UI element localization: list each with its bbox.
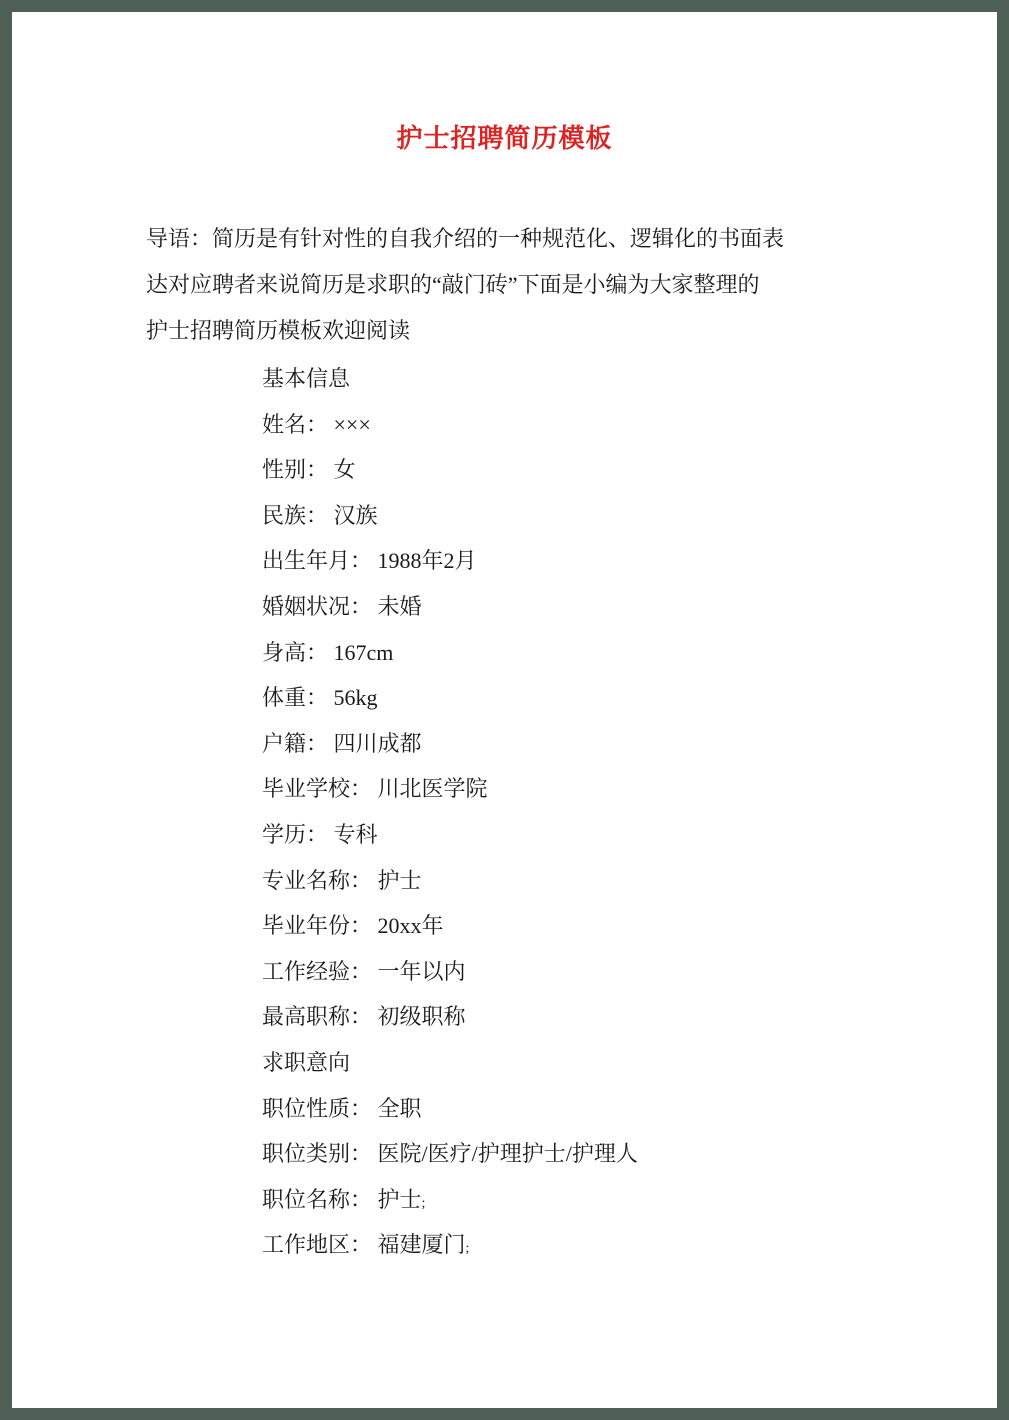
resume-field-text: 毕业年份： 20xx年 (262, 913, 444, 938)
resume-field-text: 职位类别： 医院/医疗/护理护士/护理人 (262, 1141, 638, 1166)
resume-field-text: 婚姻状况： 未婚 (262, 594, 422, 619)
resume-field-line: 婚姻状况： 未婚 (262, 584, 997, 630)
resume-field-line: 毕业年份： 20xx年 (262, 903, 997, 949)
resume-field-line: 学历： 专科 (262, 812, 997, 858)
resume-field-line: 职位类别： 医院/医疗/护理护士/护理人 (262, 1131, 997, 1177)
resume-field-text: 工作地区： 福建厦门 (262, 1232, 466, 1257)
resume-field-text: 体重： 56kg (262, 685, 378, 710)
resume-field-text: 最高职称： 初级职称 (262, 1004, 466, 1029)
resume-field-text: 出生年月： 1988年2月 (262, 548, 477, 573)
intro-line: 导语：简历是有针对性的自我介绍的一种规范化、逻辑化的书面表 (146, 216, 847, 262)
resume-field-text: 专业名称： 护士 (262, 868, 422, 893)
resume-field-line: 身高： 167cm (262, 630, 997, 676)
resume-field-suffix: ; (466, 1241, 470, 1256)
resume-field-line: 工作经验： 一年以内 (262, 949, 997, 995)
resume-field-line: 户籍： 四川成都 (262, 721, 997, 767)
resume-field-text: 性别： 女 (262, 457, 356, 482)
resume-field-suffix: ; (422, 1196, 426, 1211)
resume-field-line: 工作地区： 福建厦门; (262, 1222, 997, 1268)
resume-field-text: 职位性质： 全职 (262, 1096, 422, 1121)
resume-field-line: 职位名称： 护士; (262, 1177, 997, 1223)
resume-field-text: 求职意向 (262, 1050, 350, 1075)
page-border: 护士招聘简历模板 导语：简历是有针对性的自我介绍的一种规范化、逻辑化的书面表 达… (0, 0, 1009, 1420)
resume-field-text: 职位名称： 护士 (262, 1187, 422, 1212)
document-page: 护士招聘简历模板 导语：简历是有针对性的自我介绍的一种规范化、逻辑化的书面表 达… (12, 12, 997, 1408)
resume-field-text: 身高： 167cm (262, 640, 393, 665)
resume-field-line: 基本信息 (262, 356, 997, 402)
resume-fields: 基本信息 姓名： ××× 性别： 女 民族： 汉族 出生年月： 1988年2月 (262, 356, 997, 1268)
resume-field-text: 户籍： 四川成都 (262, 731, 422, 756)
resume-field-line: 求职意向 (262, 1040, 997, 1086)
resume-field-line: 体重： 56kg (262, 675, 997, 721)
resume-field-text: 工作经验： 一年以内 (262, 959, 466, 984)
resume-field-line: 专业名称： 护士 (262, 858, 997, 904)
intro-line: 达对应聘者来说简历是求职的“敲门砖”下面是小编为大家整理的 (146, 262, 847, 308)
resume-field-line: 最高职称： 初级职称 (262, 994, 997, 1040)
resume-field-line: 性别： 女 (262, 447, 997, 493)
resume-field-line: 职位性质： 全职 (262, 1086, 997, 1132)
resume-field-line: 民族： 汉族 (262, 493, 997, 539)
resume-field-line: 姓名： ××× (262, 402, 997, 448)
resume-field-line: 出生年月： 1988年2月 (262, 538, 997, 584)
resume-field-text: 基本信息 (262, 366, 350, 391)
intro-line: 护士招聘简历模板欢迎阅读 (146, 308, 847, 354)
intro-paragraph: 导语：简历是有针对性的自我介绍的一种规范化、逻辑化的书面表 达对应聘者来说简历是… (146, 216, 847, 354)
document-title: 护士招聘简历模板 (12, 12, 997, 154)
resume-field-text: 姓名： ××× (262, 412, 371, 437)
resume-field-line: 毕业学校： 川北医学院 (262, 766, 997, 812)
resume-field-text: 学历： 专科 (262, 822, 378, 847)
resume-field-text: 毕业学校： 川北医学院 (262, 776, 488, 801)
resume-field-text: 民族： 汉族 (262, 503, 378, 528)
